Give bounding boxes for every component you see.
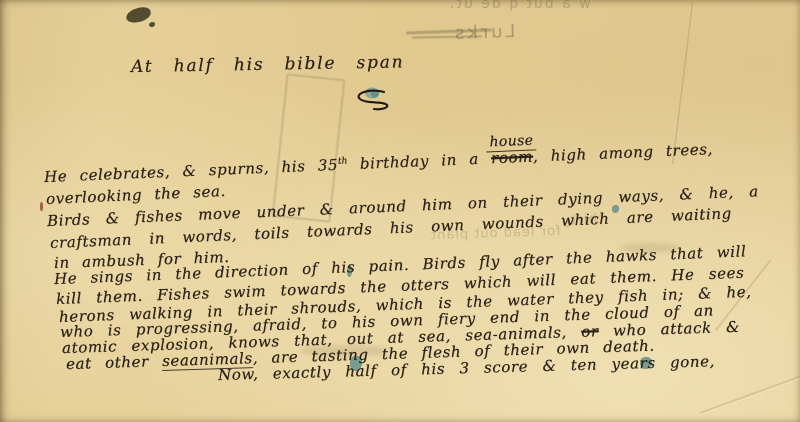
line-text: birthday in a — [347, 149, 491, 173]
ink-blot — [149, 22, 155, 27]
paper-crease — [700, 371, 800, 413]
manuscript-line-2: overlooking the sea. — [46, 182, 227, 208]
poem-title-line: At half his bible span — [131, 52, 405, 77]
ink-blot — [125, 6, 152, 25]
ink-squiggle-mark — [350, 86, 394, 116]
line-text: , high among trees, — [533, 140, 714, 166]
manuscript-page: w a but q de ut. Lurks thirty for lead o… — [0, 0, 800, 422]
bleedthrough-text-fragment: w a but q de ut. — [448, 0, 591, 12]
line-text: eat other — [66, 352, 163, 373]
superscript-th: th — [338, 156, 348, 166]
ink-speck-red — [40, 202, 43, 211]
inserted-word: house — [486, 133, 537, 153]
manuscript-line-1: He celebrates, & spurns, his 35th birthd… — [44, 140, 714, 186]
